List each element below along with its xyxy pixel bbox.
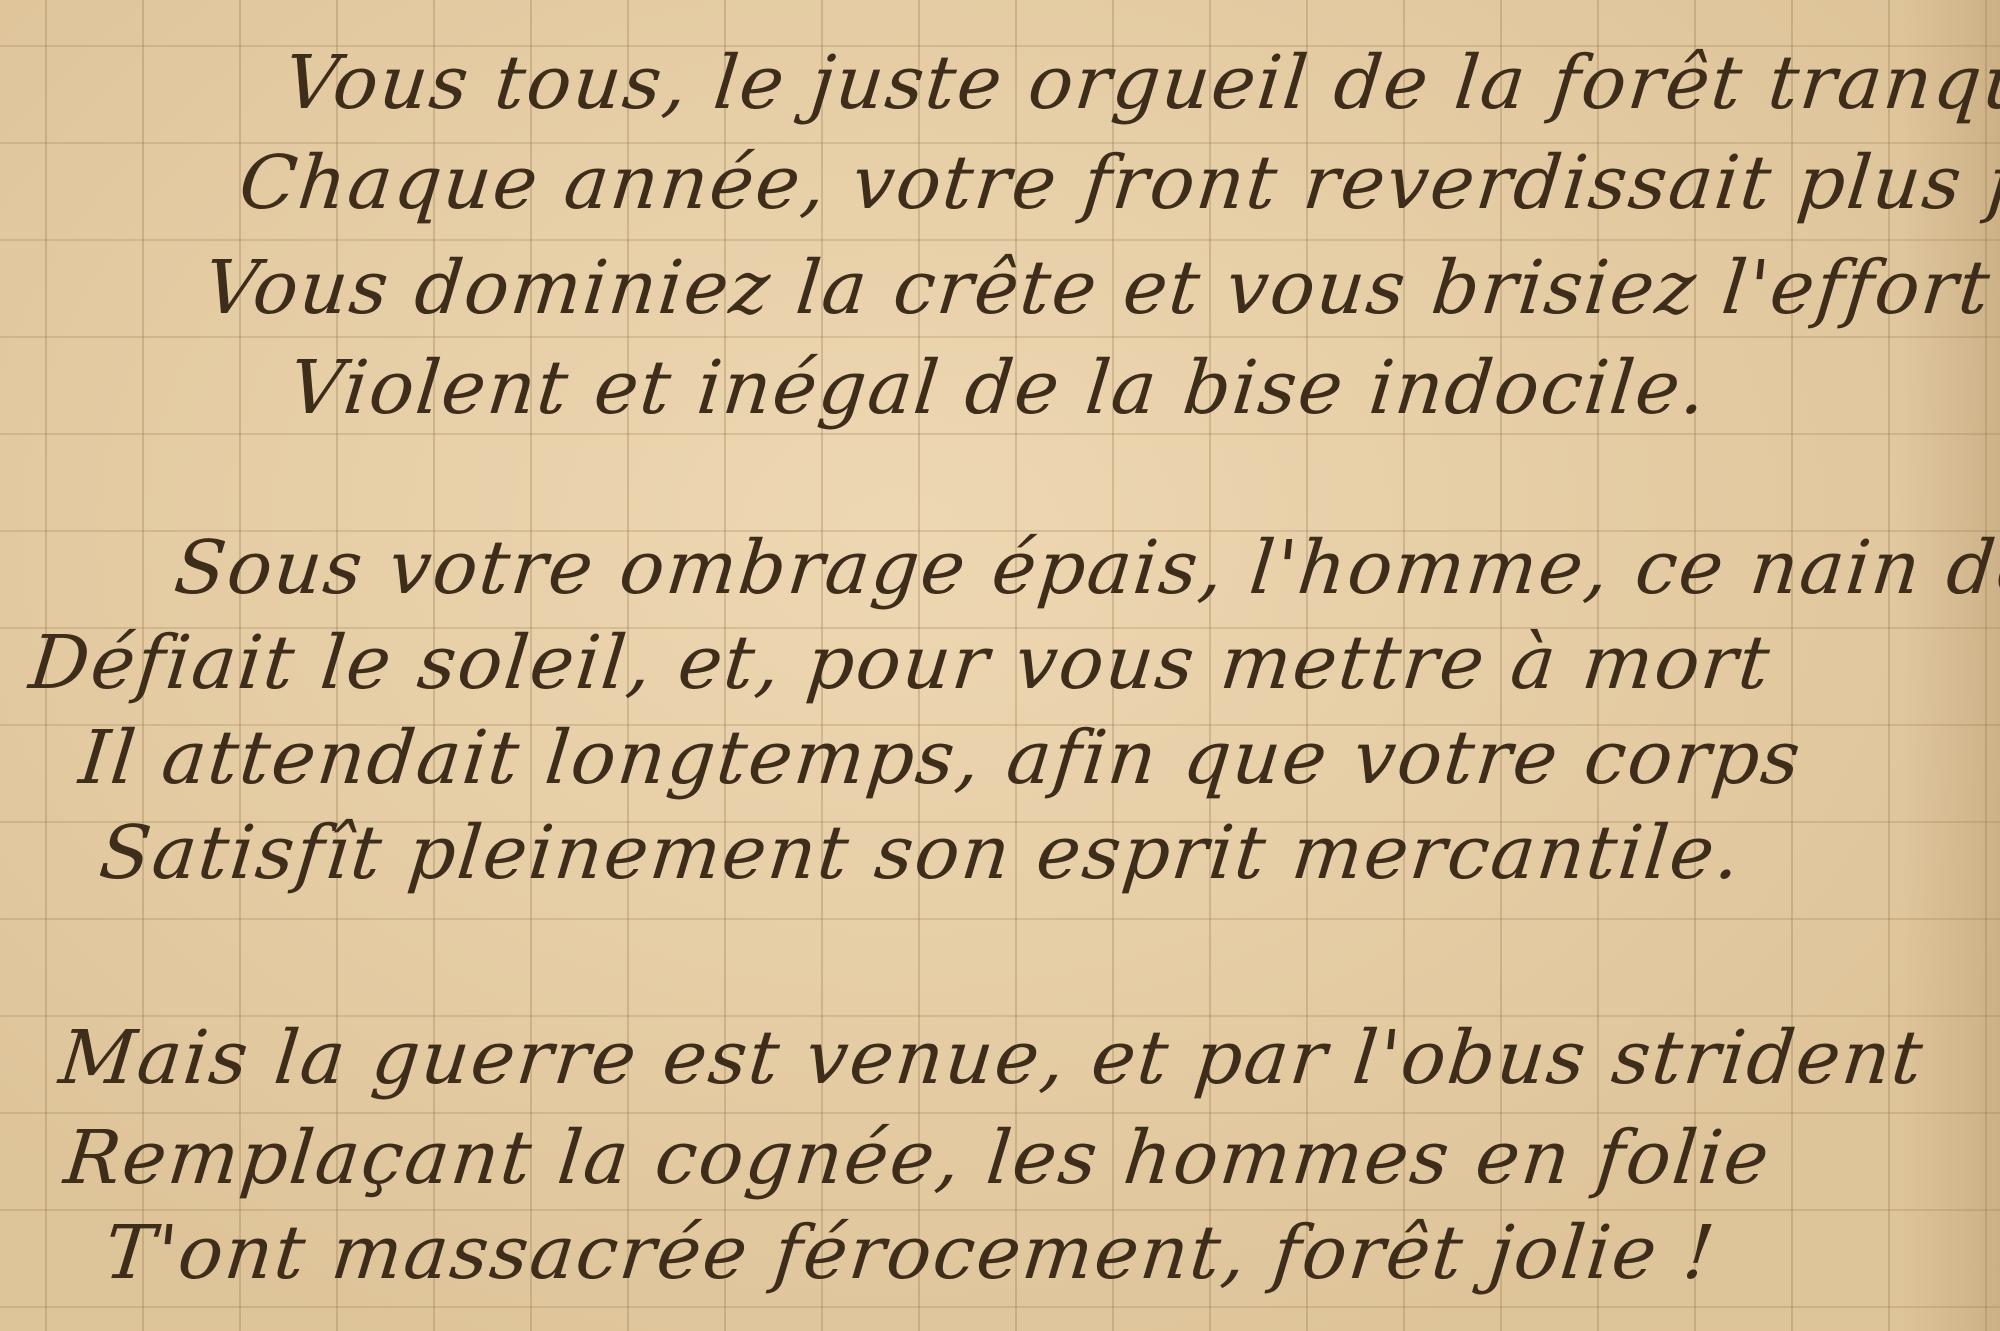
manuscript-page: Vous tous, le juste orgueil de la forêt … bbox=[0, 0, 2000, 1331]
poem-line: Vous dominiez la crête et vous brisiez l… bbox=[200, 245, 1995, 331]
poem-line: Remplaçant la cognée, les hommes en foli… bbox=[60, 1115, 1774, 1201]
poem-line: Chaque année, votre front reverdissait p… bbox=[235, 140, 2000, 226]
poem-line: Vous tous, le juste orgueil de la forêt … bbox=[280, 40, 2000, 126]
poem-line: Satisfît pleinement son esprit mercantil… bbox=[95, 810, 1745, 896]
poem-line: Sous votre ombrage épais, l'homme, ce na… bbox=[170, 525, 2000, 611]
poem-line: Il attendait longtemps, afin que votre c… bbox=[75, 715, 1805, 801]
poem-line: T'ont massacrée férocement, forêt jolie … bbox=[100, 1210, 1720, 1296]
poem-line: Violent et inégal de la bise indocile. bbox=[285, 345, 1711, 431]
poem-line: Défiait le soleil, et, pour vous mettre … bbox=[25, 620, 1775, 706]
poem-line: Mais la guerre est venue, et par l'obus … bbox=[55, 1015, 1928, 1101]
